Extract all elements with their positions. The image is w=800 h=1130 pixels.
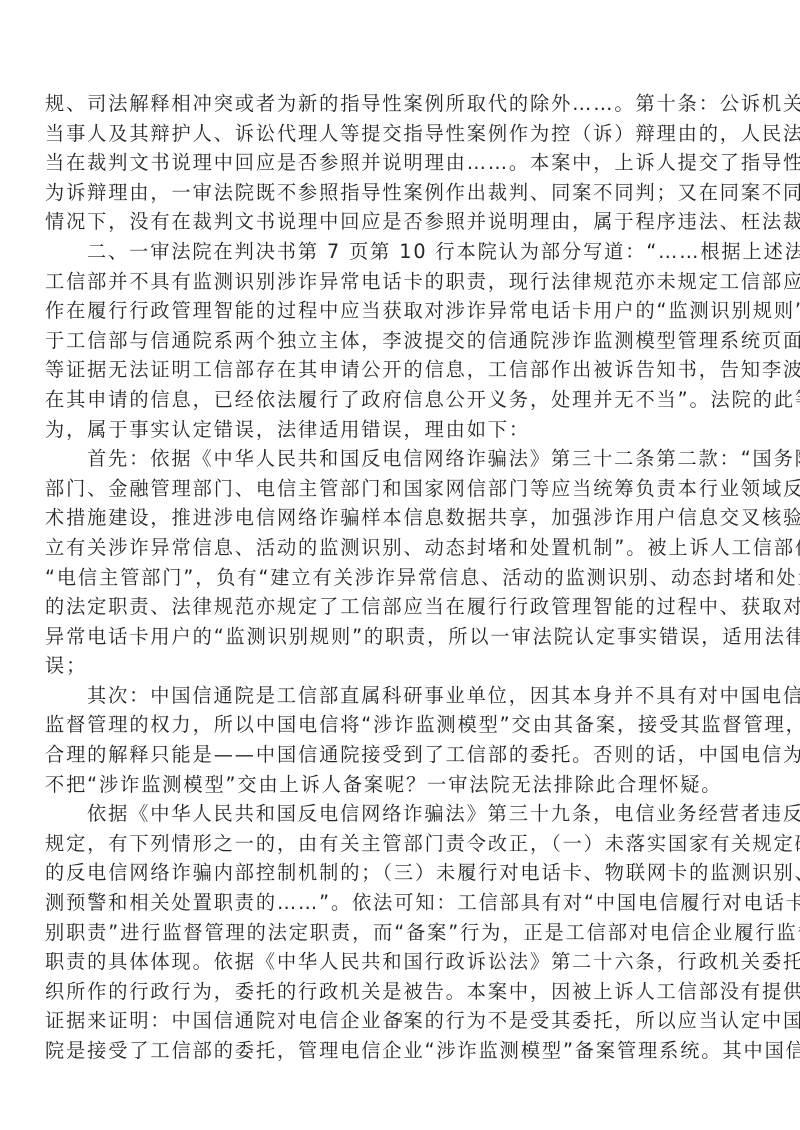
text-line: 为诉辩理由，一审法院既不参照指导性案例作出裁判、同案不同判；又在同案不同判的 (45, 178, 753, 208)
text-line: 其次：中国信通院是工信部直属科研事业单位，因其本身并不具有对中国电信进行 (45, 681, 753, 711)
text-line: 合理的解释只能是——中国信通院接受到了工信部的委托。否则的话，中国电信为什么 (45, 740, 753, 770)
document-page: 规、司法解释相冲突或者为新的指导性案例所取代的除外……。第十条：公诉机关、案件 … (45, 89, 753, 1066)
paragraph: 依据《中华人民共和国反电信网络诈骗法》第三十九条，电信业务经营者违反本法 规定，… (45, 799, 753, 1065)
text-line: 测预警和相关处置职责的……”。依法可知：工信部具有对“中国电信履行对电话卡监测识 (45, 888, 753, 918)
text-line: 作在履行行政管理智能的过程中应当获取对涉诈异常电话卡用户的“监测识别规则”。鉴 (45, 296, 753, 326)
text-line: 职责的具体体现。依据《中华人民共和国行政诉讼法》第二十六条，行政机关委托的组 (45, 947, 753, 977)
paragraph: 首先：依据《中华人民共和国反电信网络诈骗法》第三十二条第二款：“国务院公安 部门… (45, 444, 753, 681)
paragraph: 规、司法解释相冲突或者为新的指导性案例所取代的除外……。第十条：公诉机关、案件 … (45, 89, 753, 237)
paragraph: 二、一审法院在判决书第 7 页第 10 行本院认为部分写道：“……根据上述法律规… (45, 237, 753, 444)
text-line: 的反电信网络诈骗内部控制机制的；（三）未履行对电话卡、物联网卡的监测识别、监 (45, 858, 753, 888)
paragraph: 其次：中国信通院是工信部直属科研事业单位，因其本身并不具有对中国电信进行 监督管… (45, 681, 753, 799)
text-line: 误； (45, 651, 753, 681)
text-line: 规、司法解释相冲突或者为新的指导性案例所取代的除外……。第十条：公诉机关、案件 (45, 89, 753, 119)
page-number: - 2 - (0, 1011, 800, 1025)
text-line: 工信部并不具有监测识别涉诈异常电话卡的职责，现行法律规范亦未规定工信部应当制 (45, 267, 753, 297)
text-line: 情况下，没有在裁判文书说理中回应是否参照并说明理由，属于程序违法、枉法裁判。 (45, 207, 753, 237)
text-line: 二、一审法院在判决书第 7 页第 10 行本院认为部分写道：“……根据上述法律规… (45, 237, 753, 267)
text-line: 立有关涉诈异常信息、活动的监测识别、动态封堵和处置机制”。被上诉人工信部作为 (45, 533, 753, 563)
text-line: 等证据无法证明工信部存在其申请公开的信息，工信部作出被诉告知书，告知李波不存 (45, 355, 753, 385)
text-line: “电信主管部门”，负有“建立有关涉诈异常信息、活动的监测识别、动态封堵和处置机制… (45, 563, 753, 593)
text-line: 规定，有下列情形之一的，由有关主管部门责令改正，（一）未落实国家有关规定确定 (45, 829, 753, 859)
text-line: 术措施建设，推进涉电信网络诈骗样本信息数据共享，加强涉诈用户信息交叉核验，建 (45, 503, 753, 533)
text-line: 院是接受了工信部的委托，管理电信企业“涉诈监测模型”备案管理系统。其中国信通院 (45, 1036, 753, 1066)
text-line: 当事人及其辩护人、诉讼代理人等提交指导性案例作为控（诉）辩理由的，人民法院应 (45, 119, 753, 149)
text-line: 不把“涉诈监测模型”交由上诉人备案呢？一审法院无法排除此合理怀疑。 (45, 770, 753, 800)
text-line: 依据《中华人民共和国反电信网络诈骗法》第三十九条，电信业务经营者违反本法 (45, 799, 753, 829)
text-line: 监督管理的权力，所以中国电信将“涉诈监测模型”交由其备案，接受其监督管理，唯一 (45, 710, 753, 740)
text-line: 为，属于事实认定错误，法律适用错误，理由如下： (45, 415, 753, 445)
text-line: 别职责”进行监督管理的法定职责，而“备案”行为，正是工信部对电信企业履行监督管理 (45, 918, 753, 948)
text-line: 部门、金融管理部门、电信主管部门和国家网信部门等应当统筹负责本行业领域反制技 (45, 474, 753, 504)
text-line: 首先：依据《中华人民共和国反电信网络诈骗法》第三十二条第二款：“国务院公安 (45, 444, 753, 474)
text-line: 当在裁判文书说理中回应是否参照并说明理由……。本案中，上诉人提交了指导性案例作 (45, 148, 753, 178)
text-line: 在其申请的信息，已经依法履行了政府信息公开义务，处理并无不当”。法院的此等认 (45, 385, 753, 415)
text-line: 织所作的行政行为，委托的行政机关是被告。本案中，因被上诉人工信部没有提供相反 (45, 977, 753, 1007)
text-line: 于工信部与信通院系两个独立主体，李波提交的信通院涉诈监测模型管理系统页面截图 (45, 326, 753, 356)
text-line: 异常电话卡用户的“监测识别规则”的职责，所以一审法院认定事实错误，适用法律错 (45, 622, 753, 652)
text-line: 的法定职责、法律规范亦规定了工信部应当在履行行政管理智能的过程中、获取对涉诈 (45, 592, 753, 622)
